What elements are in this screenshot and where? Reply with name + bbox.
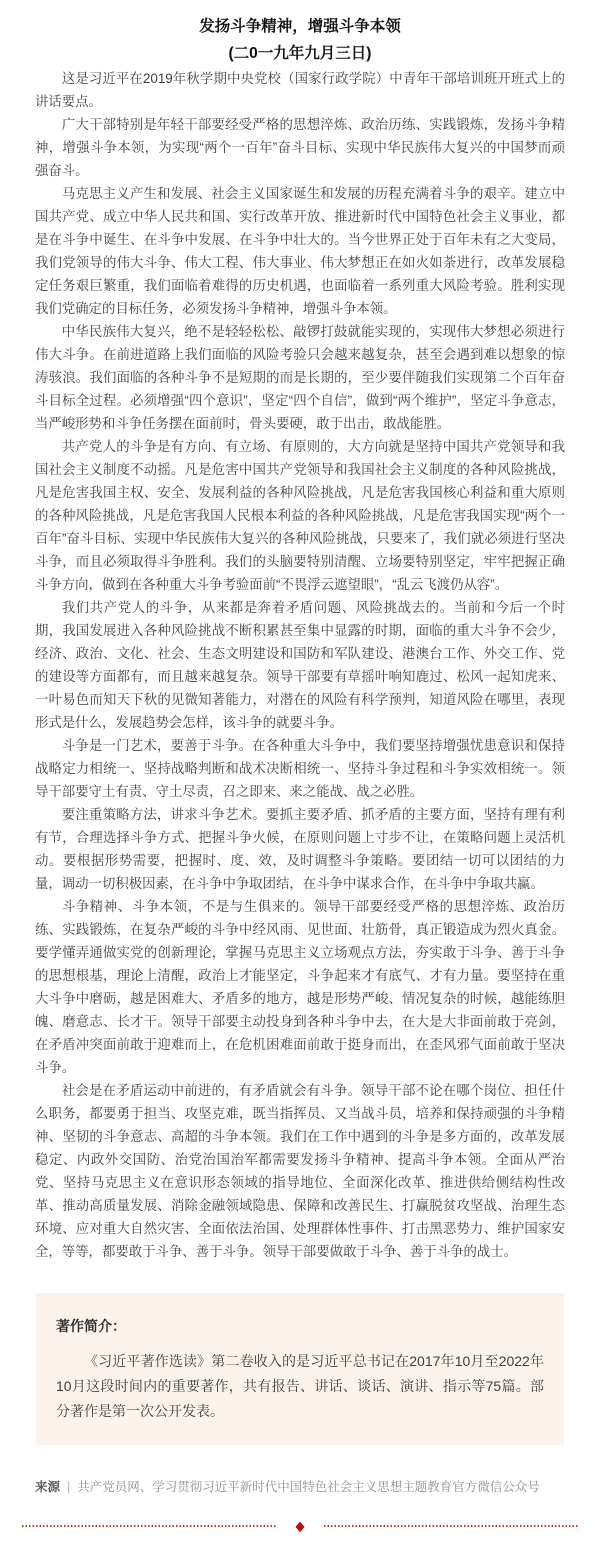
divider-line-right: [324, 1525, 578, 1527]
source-text: 共产党员网、学习贯彻习近平新时代中国特色社会主义思想主题教育官方微信公众号: [77, 1480, 540, 1494]
decorative-divider: ◆: [22, 1519, 578, 1533]
book-intro-text: 《习近平著作选读》第二卷收入的是习近平总书记在2017年10月至2022年10月…: [56, 1349, 544, 1424]
intro-paragraph: 这是习近平在2019年秋学期中央党校（国家行政学院）中青年干部培训班开班式上的讲…: [35, 67, 565, 113]
source-line: 来源|共产党员网、学习贯彻习近平新时代中国特色社会主义思想主题教育官方微信公众号: [35, 1478, 565, 1496]
body-paragraph: 共产党人的斗争是有方向、有立场、有原则的，大方向就是坚持中国共产党领导和我国社会…: [35, 435, 565, 596]
article-date: (二0一九年九月三日): [35, 41, 565, 67]
divider-line-left: [22, 1525, 276, 1527]
body-paragraph: 中华民族伟大复兴，绝不是轻轻松松、敲锣打鼓就能实现的，实现伟大梦想必须进行伟大斗…: [35, 320, 565, 435]
article-page: 发扬斗争精神，增强斗争本领 (二0一九年九月三日) 这是习近平在2019年秋学期…: [0, 0, 600, 1551]
body-paragraph: 要注重策略方法，讲求斗争艺术。要抓主要矛盾、抓矛盾的主要方面，坚持有理有利有节，…: [35, 803, 565, 895]
body-paragraph: 马克思主义产生和发展、社会主义国家诞生和发展的历程充满着斗争的艰辛。建立中国共产…: [35, 182, 565, 320]
body-paragraph: 斗争是一门艺术，要善于斗争。在各种重大斗争中，我们要坚持增强忧患意识和保持战略定…: [35, 734, 565, 803]
body-paragraph: 斗争精神、斗争本领，不是与生俱来的。领导干部要经受严格的思想淬炼、政治历练、实践…: [35, 895, 565, 1079]
book-intro-label: 著作简介：: [56, 1316, 544, 1336]
article-intro: 这是习近平在2019年秋学期中央党校（国家行政学院）中青年干部培训班开班式上的讲…: [35, 67, 565, 113]
diamond-icon: ◆: [295, 1519, 304, 1533]
body-paragraph: 社会是在矛盾运动中前进的，有矛盾就会有斗争。领导干部不论在哪个岗位、担任什么职务…: [35, 1079, 565, 1263]
body-paragraph: 广大干部特别是年轻干部要经受严格的思想淬炼、政治历练、实践锻炼，发扬斗争精神，增…: [35, 113, 565, 182]
source-separator: |: [67, 1480, 70, 1494]
article-title: 发扬斗争精神，增强斗争本领: [35, 14, 565, 40]
source-label: 来源: [35, 1480, 60, 1494]
book-intro-box: 著作简介： 《习近平著作选读》第二卷收入的是习近平总书记在2017年10月至20…: [36, 1293, 564, 1445]
body-paragraph: 我们共产党人的斗争，从来都是奔着矛盾问题、风险挑战去的。当前和今后一个时期，我国…: [35, 596, 565, 734]
article-body: 广大干部特别是年轻干部要经受严格的思想淬炼、政治历练、实践锻炼，发扬斗争精神，增…: [35, 113, 565, 1263]
